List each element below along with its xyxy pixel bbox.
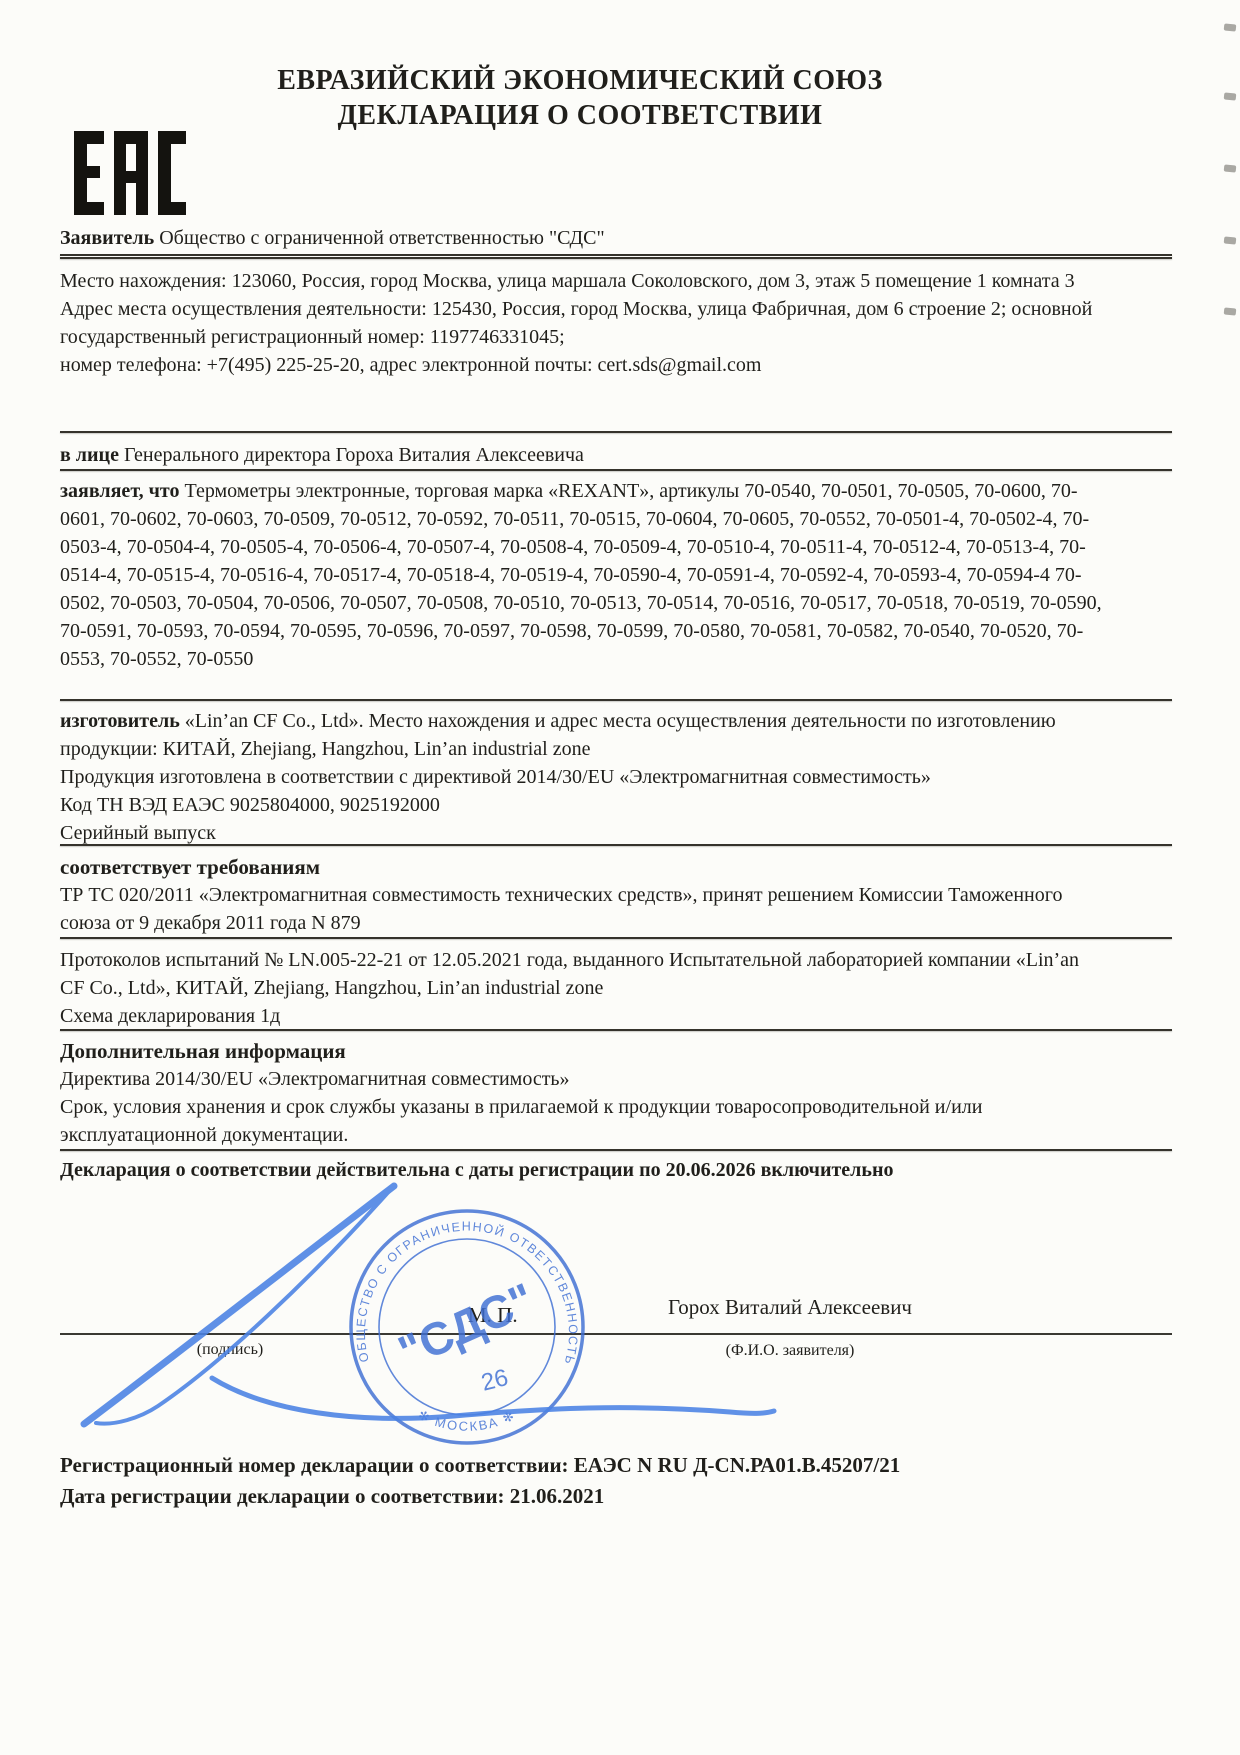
section-manufacturer: изготовитель «Lin’an CF Co., Ltd». Место…	[60, 707, 1172, 847]
section-divider	[60, 937, 1172, 939]
scan-artifact	[1224, 236, 1237, 244]
address-activity: Адрес места осуществления деятельности: …	[60, 295, 1102, 351]
section-divider	[60, 844, 1172, 846]
section-address: Место нахождения: 123060, Россия, город …	[60, 267, 1172, 379]
complies-heading: соответствует требованиям	[60, 853, 1172, 881]
additional-heading: Дополнительная информация	[60, 1037, 1172, 1065]
eac-mark-icon	[74, 131, 186, 220]
scan-artifact	[1224, 307, 1237, 315]
directive-text: Директива 2014/30/EU «Электромагнитная с…	[60, 1065, 1102, 1093]
address-location: Место нахождения: 123060, Россия, город …	[60, 267, 1102, 295]
section-in-person: в лице Генерального директора Гороха Вит…	[60, 441, 1172, 469]
section-trts: ТР ТС 020/2011 «Электромагнитная совмест…	[60, 881, 1172, 937]
manufacturer-label: изготовитель	[60, 710, 180, 732]
manufacturer-production: Продукция изготовлена в соответствии с д…	[60, 763, 1102, 791]
document-page: ЕВРАЗИЙСКИЙ ЭКОНОМИЧЕСКИЙ СОЮЗ ДЕКЛАРАЦИ…	[0, 0, 1240, 1755]
page-subtitle: ДЕКЛАРАЦИЯ О СООТВЕТСТВИИ	[60, 99, 1100, 133]
scheme-text: Схема декларирования 1д	[60, 1002, 1102, 1030]
manufacturer-serial: Серийный выпуск	[60, 819, 1102, 847]
declares-value: Термометры электронные, торговая марка «…	[60, 480, 1102, 670]
applicant-label: Заявитель	[60, 227, 154, 249]
in-person-value: Генерального директора Гороха Виталия Ал…	[124, 444, 584, 466]
manufacturer-value: «Lin’an CF Co., Ltd». Место нахождения и…	[60, 710, 1056, 760]
section-divider	[60, 469, 1172, 471]
section-divider	[60, 1029, 1172, 1031]
applicant-value: Общество с ограниченной ответственностью…	[159, 227, 604, 249]
page-title: ЕВРАЗИЙСКИЙ ЭКОНОМИЧЕСКИЙ СОЮЗ	[60, 64, 1100, 98]
in-person-label: в лице	[60, 444, 119, 466]
scan-artifact	[1224, 164, 1237, 172]
declares-label: заявляет, что	[60, 480, 179, 502]
storage-text: Срок, условия хранения и срок службы ука…	[60, 1093, 1102, 1149]
section-protocols: Протоколов испытаний № LN.005-22-21 от 1…	[60, 946, 1172, 1030]
scan-artifact	[1224, 92, 1237, 100]
section-applicant: Заявитель Общество с ограниченной ответс…	[60, 224, 1172, 252]
section-declares: заявляет, что Термометры электронные, то…	[60, 477, 1172, 673]
section-divider	[60, 254, 1172, 259]
section-divider	[60, 699, 1172, 701]
section-divider	[60, 1149, 1172, 1151]
scan-artifact	[1224, 23, 1237, 31]
signature-stroke	[62, 1162, 842, 1457]
address-contacts: номер телефона: +7(495) 225-25-20, адрес…	[60, 351, 1102, 379]
manufacturer-tnved: Код ТН ВЭД ЕАЭС 9025804000, 9025192000	[60, 791, 1102, 819]
section-divider	[60, 431, 1172, 433]
protocols-text: Протоколов испытаний № LN.005-22-21 от 1…	[60, 946, 1102, 1002]
section-additional: Директива 2014/30/EU «Электромагнитная с…	[60, 1065, 1172, 1149]
trts-text: ТР ТС 020/2011 «Электромагнитная совмест…	[60, 881, 1102, 937]
registration-date: Дата регистрации декларации о соответств…	[60, 1483, 1160, 1510]
